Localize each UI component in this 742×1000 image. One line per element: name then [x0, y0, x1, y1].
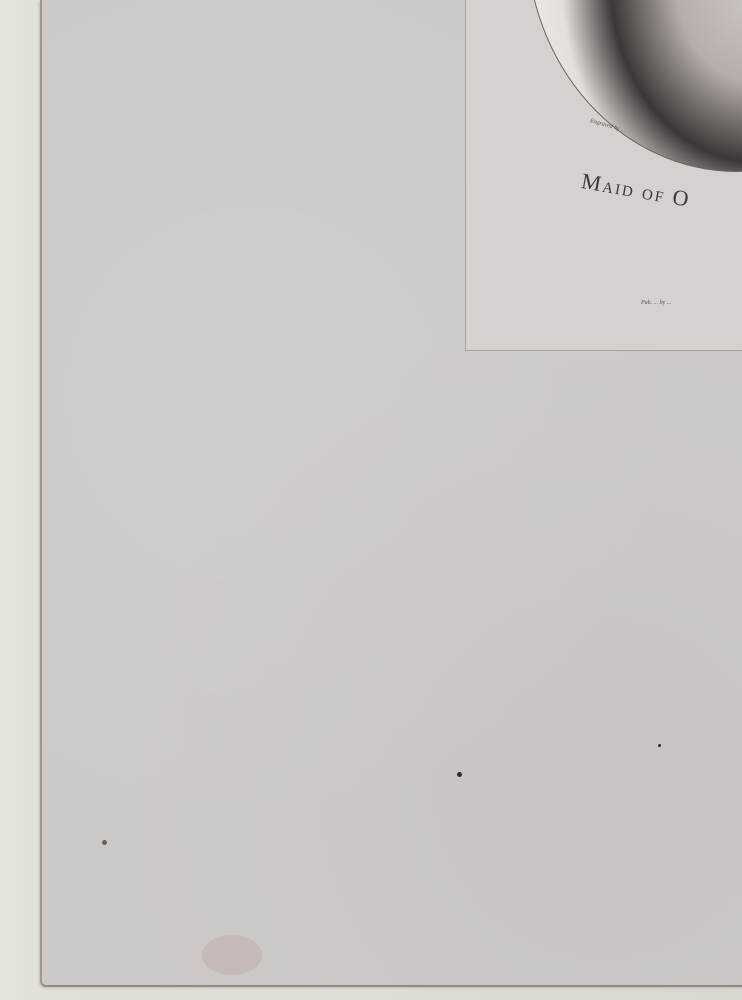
publisher-imprint: Pub. ... by ...: [641, 300, 671, 306]
foxing-spot: [102, 840, 107, 845]
portrait-oval: [526, 0, 742, 172]
engraving-plate: Engraved by ... Maid of O Pub. ... by ..…: [465, 0, 742, 351]
foxing-spot: [658, 744, 661, 747]
paper-stain: [202, 935, 262, 975]
print-caption: Maid of O: [579, 168, 692, 213]
foxing-spot: [457, 772, 462, 777]
